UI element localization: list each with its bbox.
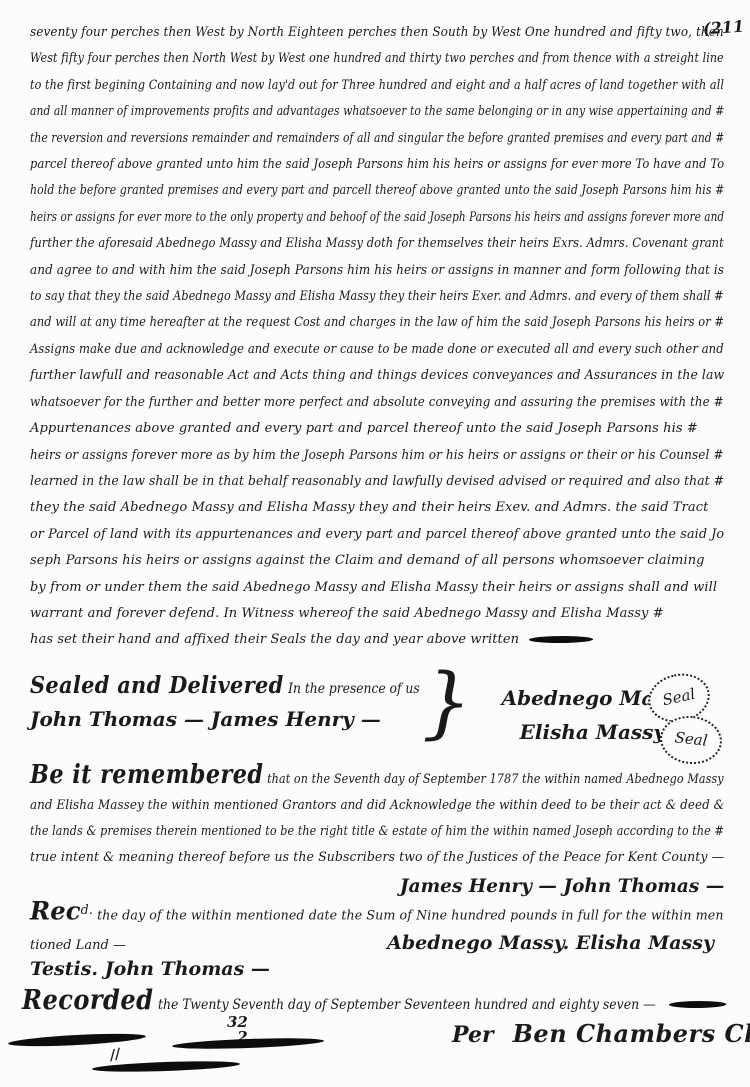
deed-line: to say that they the said Abednego Massy…: [30, 284, 630, 310]
deed-line: they the said Abednego Massy and Elisha …: [30, 495, 724, 521]
acknowledgment-line-text: that on the Seventh day of September 178…: [267, 772, 724, 787]
deed-line: further the aforesaid Abednego Massy and…: [30, 231, 641, 257]
acknowledgment-line: and Elisha Massey the within mentioned G…: [30, 793, 665, 819]
receipt-block: Recd. the day of the within mentioned da…: [30, 898, 724, 980]
clerk-per: Per: [452, 1022, 494, 1048]
recording-block: Recorded the Twenty Seventh day of Septe…: [22, 985, 728, 1016]
deed-line: seventy four perches then West by North …: [30, 20, 672, 46]
attestation-column: Sealed and Delivered In the presence of …: [30, 672, 420, 744]
deed-line: or Parcel of land with its appurtenances…: [30, 522, 710, 548]
clerk-signature: Ben Chambers Clk: [513, 1019, 750, 1048]
acknowledgment-line: true intent & meaning thereof before us …: [30, 845, 698, 871]
curly-brace: }: [422, 668, 472, 744]
deed-line: seph Parsons his heirs or assigns agains…: [30, 548, 724, 574]
docket-mark: //: [108, 1046, 121, 1064]
receipt-line-text: the day of the within mentioned date the…: [97, 908, 724, 923]
deed-line: parcel thereof above granted unto him th…: [30, 152, 644, 178]
deed-body: seventy four perches then West by North …: [30, 20, 724, 654]
deed-line: and agree to and with him the said Josep…: [30, 258, 670, 284]
attestation-lead: Sealed and Delivered: [30, 672, 284, 699]
deed-line: West fifty four perches then North West …: [30, 46, 621, 72]
ink-flourish: [172, 1036, 324, 1050]
deed-line: Appurtenances above granted and every pa…: [30, 416, 724, 442]
justices-signatures: James Henry — John Thomas —: [30, 875, 706, 897]
receipt-lead-superscript: d.: [81, 903, 93, 918]
deed-line: learned in the law shall be in that beha…: [30, 469, 688, 495]
deed-line: heirs or assigns forever more as by him …: [30, 443, 673, 469]
grantor-signatures: Abednego Massy Seal Elisha Massy Seal: [476, 672, 724, 744]
attestation-rest: In the presence of us: [288, 681, 419, 697]
deed-line: to the first begining Containing and now…: [30, 73, 628, 99]
deed-line: Assigns make due and acknowledge and exe…: [30, 337, 647, 363]
deed-line: has set their hand and affixed their Sea…: [30, 627, 724, 653]
deed-line: and all manner of improvements profits a…: [30, 99, 603, 125]
deed-line-text: has set their hand and affixed their Sea…: [30, 632, 519, 647]
testis-line: Testis. John Thomas —: [30, 958, 724, 980]
ink-flourish: [527, 636, 595, 643]
deed-line: and will at any time hereafter at the re…: [30, 310, 637, 336]
ink-flourish: [8, 1031, 146, 1048]
receipt-lead: Rec: [30, 896, 81, 925]
witness-names: John Thomas — James Henry —: [30, 707, 420, 731]
receipt-continuation: tioned Land —: [30, 938, 126, 953]
deed-line: whatsoever for the further and better mo…: [30, 390, 663, 416]
deed-line: warrant and forever defend. In Witness w…: [30, 601, 724, 627]
acknowledgment-line: the lands & premises therein mentioned t…: [30, 819, 625, 845]
acknowledgment-lead: Be it remembered: [30, 760, 263, 790]
deed-line: by from or under them the said Abednego …: [30, 575, 724, 601]
deed-line: hold the before granted premises and eve…: [30, 178, 615, 204]
acknowledgment-block: Be it remembered that on the Seventh day…: [30, 762, 724, 897]
deed-line: heirs or assigns for ever more to the on…: [30, 205, 589, 231]
ink-flourish: [667, 1001, 728, 1008]
witness-attestation-block: Sealed and Delivered In the presence of …: [30, 672, 724, 744]
deed-line: further lawfull and reasonable Act and A…: [30, 363, 691, 389]
recorded-rest: the Twenty Seventh day of September Seve…: [158, 997, 656, 1013]
grantor-signature: Elisha Massy: [520, 720, 665, 744]
deed-line: the reversion and reversions remainder a…: [30, 126, 602, 152]
recorded-lead: Recorded: [22, 985, 153, 1016]
receipt-signatures: Abednego Massy. Elisha Massy: [387, 932, 724, 954]
deed-document-page: (211 seventy four perches then West by N…: [0, 0, 750, 1087]
